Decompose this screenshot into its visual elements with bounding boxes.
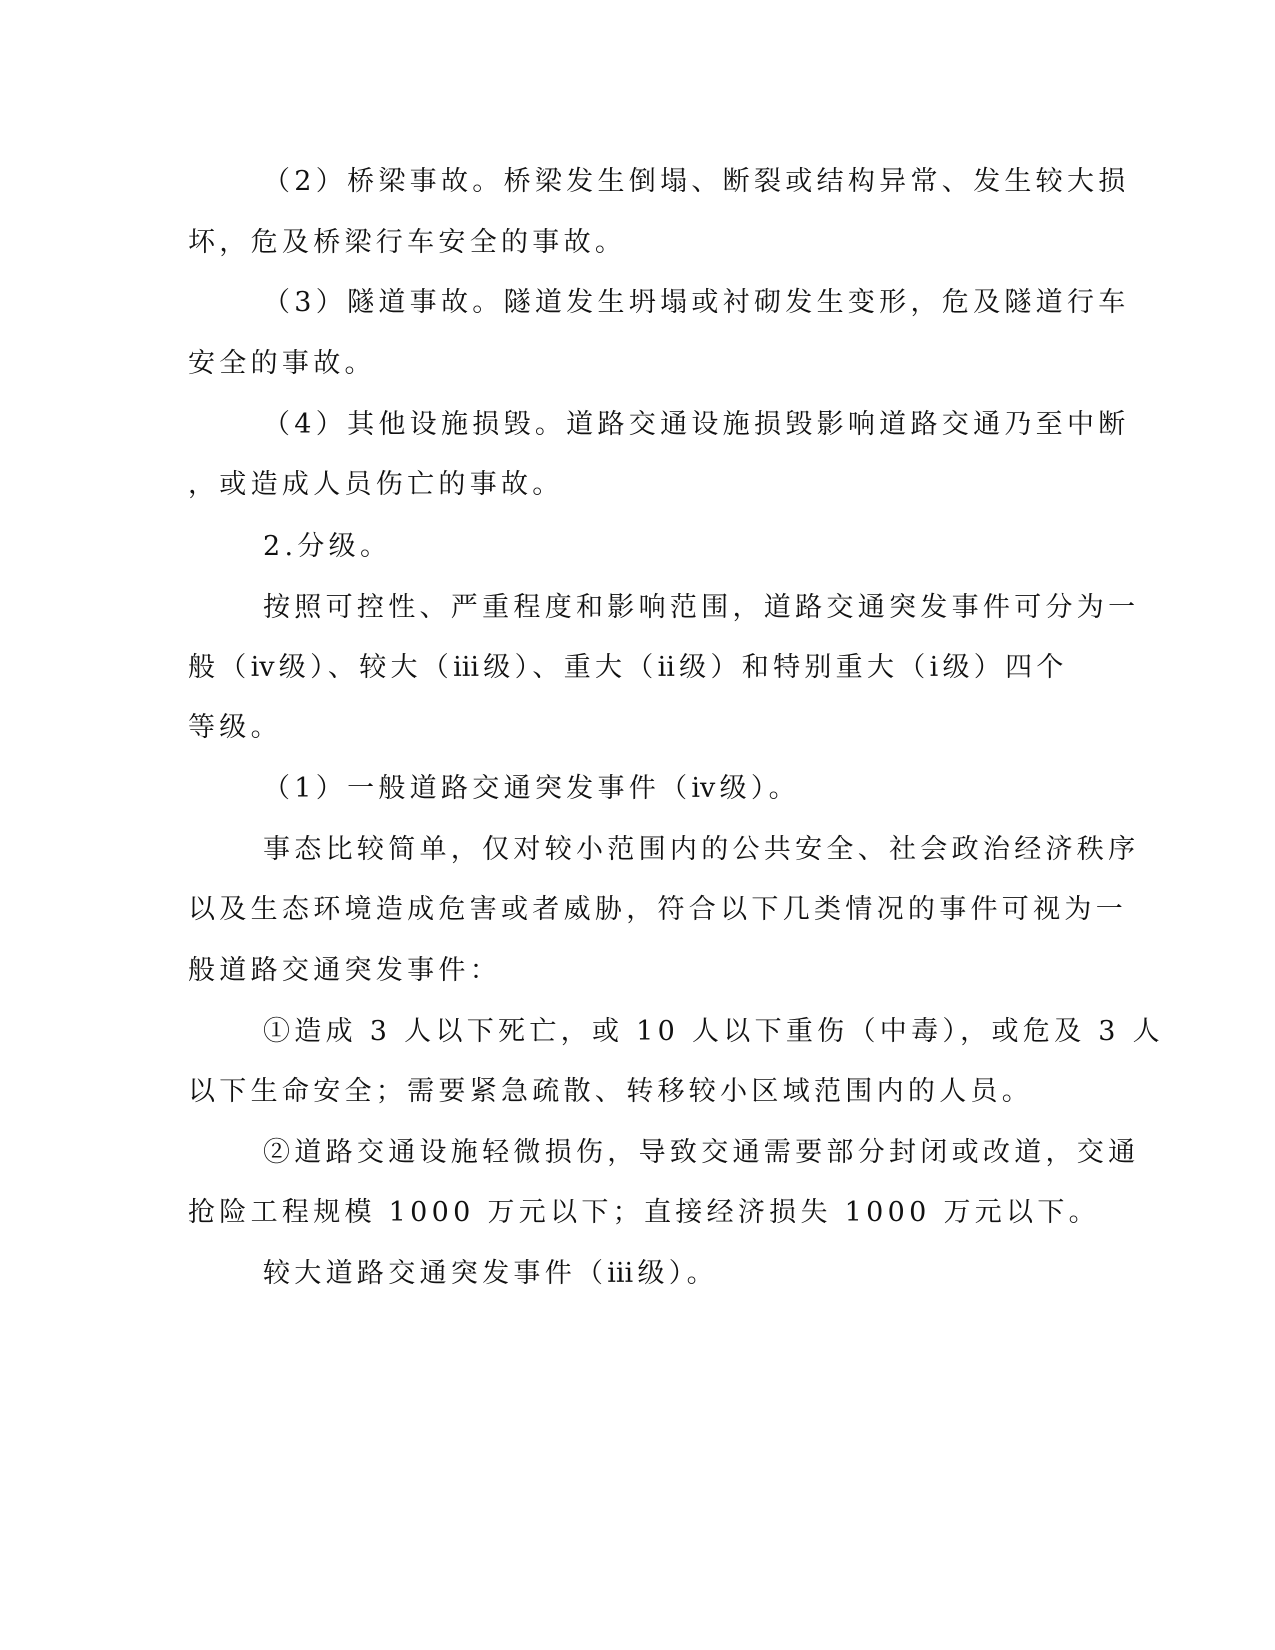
document-page: （2）桥梁事故。桥梁发生倒塌、断裂或结构异常、发生较大损 坏，危及桥梁行车安全的… — [0, 0, 1275, 1650]
paragraph-other-facilities: （4）其他设施损毁。道路交通设施损毁影响道路交通乃至中断 — [263, 408, 1130, 442]
paragraph-grading-intro: 按照可控性、严重程度和影响范围，道路交通突发事件可分为一 — [263, 591, 1139, 625]
paragraph-general-desc-cont: 以及生态环境造成危害或者威胁，符合以下几类情况的事件可视为一 — [188, 893, 1127, 927]
subheading-general-level: （1）一般道路交通突发事件（ⅳ级）。 — [263, 772, 800, 806]
section-heading-grading: 2.分级。 — [263, 530, 391, 564]
paragraph-grading-intro-cont: 般（ⅳ级）、较大（ⅲ级）、重大（ⅱ级）和特别重大（ⅰ级）四个 — [188, 651, 1068, 685]
paragraph-tunnel-accident-cont: 安全的事故。 — [188, 347, 376, 381]
list-item-1: ①造成 3 人以下死亡，或 10 人以下重伤（中毒），或危及 3 人 — [263, 1015, 1164, 1049]
paragraph-grading-intro-end: 等级。 — [188, 711, 282, 745]
list-item-2-cont: 抢险工程规模 1000 万元以下；直接经济损失 1000 万元以下。 — [188, 1196, 1100, 1230]
paragraph-other-facilities-cont: ，或造成人员伤亡的事故。 — [188, 468, 564, 502]
list-item-1-cont: 以下生命安全；需要紧急疏散、转移较小区域范围内的人员。 — [188, 1075, 1033, 1109]
subheading-major-level: 较大道路交通突发事件（ⅲ级）。 — [263, 1257, 718, 1291]
paragraph-tunnel-accident: （3）隧道事故。隧道发生坍塌或衬砌发生变形，危及隧道行车 — [263, 286, 1130, 320]
list-item-2: ②道路交通设施轻微损伤，导致交通需要部分封闭或改道，交通 — [263, 1136, 1139, 1170]
paragraph-bridge-accident-cont: 坏，危及桥梁行车安全的事故。 — [188, 226, 626, 260]
paragraph-general-desc: 事态比较简单，仅对较小范围内的公共安全、社会政治经济秩序 — [263, 833, 1139, 867]
paragraph-general-desc-end: 般道路交通突发事件： — [188, 954, 501, 988]
paragraph-bridge-accident: （2）桥梁事故。桥梁发生倒塌、断裂或结构异常、发生较大损 — [263, 165, 1130, 199]
